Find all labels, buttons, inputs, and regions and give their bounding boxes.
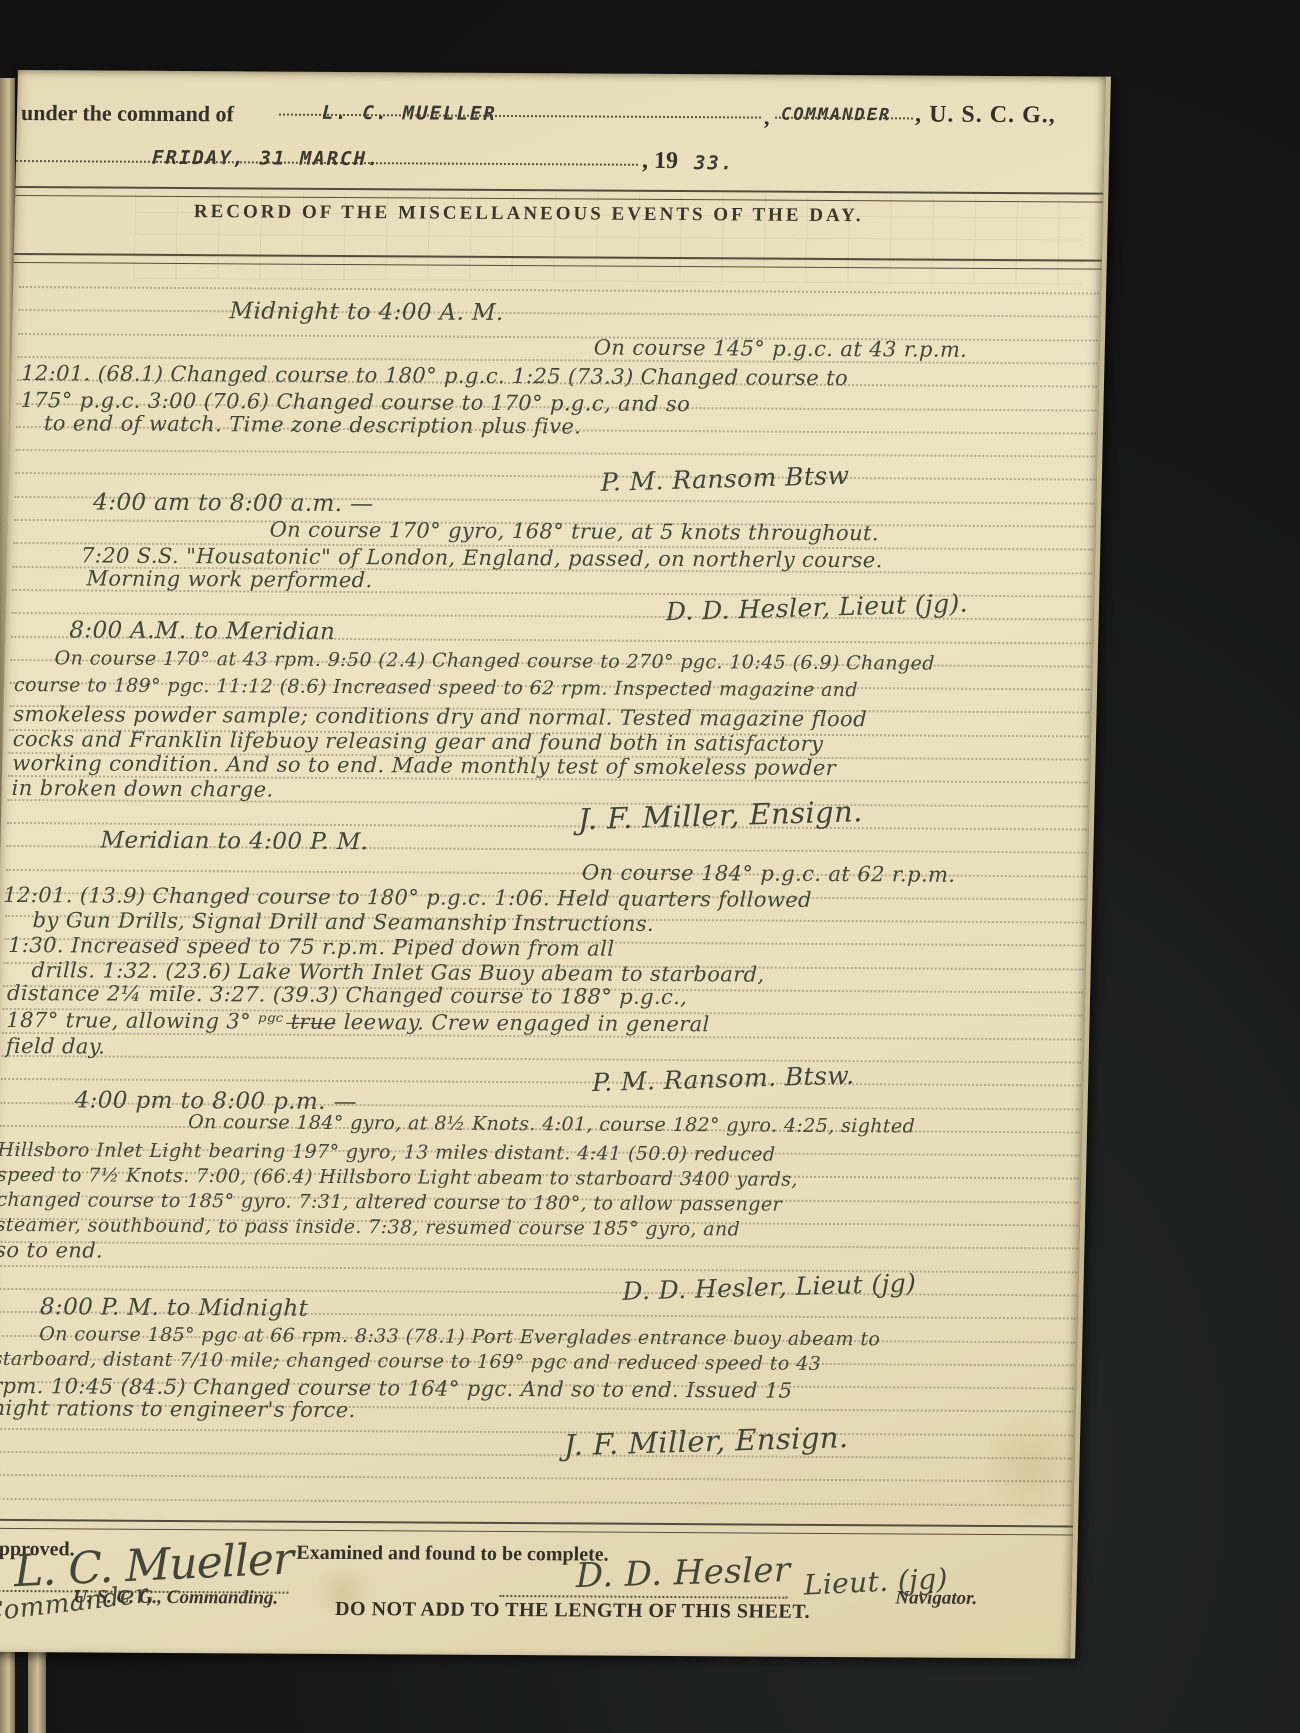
- log-line: On course 145° p.g.c. at 43 r.p.m.: [594, 337, 968, 361]
- watch-signature: J. F. Miller, Ensign.: [564, 1422, 849, 1461]
- log-line: starboard, distant 7/10 mile; changed co…: [0, 1350, 821, 1375]
- watch-heading: Meridian to 4:00 P. M.: [100, 829, 368, 855]
- rank-handwritten: COMMANDER: [781, 107, 892, 126]
- log-line: to end of watch. Time zone description p…: [44, 412, 582, 437]
- navigator-signature: D. D. Hesler: [576, 1553, 791, 1595]
- log-line: 12:01. (68.1) Changed course to 180° p.g…: [21, 362, 848, 389]
- log-line: in broken down charge.: [11, 777, 273, 801]
- examined-text: Examined and found to be complete.: [296, 1542, 609, 1567]
- header-comma: ,: [764, 105, 770, 131]
- watch-heading: 8:00 P. M. to Midnight: [40, 1295, 309, 1321]
- paper-stain: [985, 1406, 1078, 1527]
- log-line: course to 189° pgc. 11:12 (8.6) Increase…: [14, 676, 858, 701]
- log-line: On course 184° gyro, at 8½ Knots. 4:01, …: [188, 1113, 915, 1137]
- header-command-prefix: under the command of: [21, 100, 234, 127]
- watch-heading: 4:00 am to 8:00 a.m. —: [93, 490, 374, 516]
- log-line: working condition. And so to end. Made m…: [12, 752, 836, 779]
- ruled-lines: [18, 70, 1106, 77]
- date-handwritten: FRIDAY, 31 MARCH.: [152, 149, 381, 170]
- log-line: night rations to engineer's force.: [0, 1397, 356, 1421]
- year-handwritten: 33.: [694, 154, 735, 174]
- log-line: Hillsboro Inlet Light bearing 197° gyro,…: [0, 1141, 776, 1166]
- log-line: On course 170° at 43 rpm. 9:50 (2.4) Cha…: [54, 649, 935, 674]
- page-edge-strip-bottom: [28, 1640, 46, 1733]
- log-line: by Gun Drills, Signal Drill and Seamansh…: [32, 909, 654, 935]
- navigator-label: Navigator.: [895, 1587, 977, 1609]
- watch-signature: P. M. Ransom. Btsw.: [592, 1063, 855, 1097]
- commanding-label: U. S. C. G., Commanding.: [73, 1586, 278, 1609]
- page-title: RECORD OF THE MISCELLANEOUS EVENTS OF TH…: [15, 200, 1043, 228]
- log-line: so to end.: [0, 1239, 103, 1262]
- log-line: steamer, southbound, to pass inside. 7:3…: [0, 1216, 740, 1240]
- watch-heading: 8:00 A.M. to Meridian: [69, 618, 336, 644]
- year-printed: , 19: [642, 148, 679, 175]
- log-line: On course 170° gyro, 168° true, at 5 kno…: [269, 519, 879, 545]
- log-line: field day.: [6, 1035, 106, 1058]
- double-rule-footer: [0, 1519, 1073, 1536]
- log-line: 187° true, allowing 3° ᵖᵍᶜ t̶r̶u̶e̶ leew…: [6, 1009, 710, 1035]
- watch-signature: D. D. Hesler, Lieut (jg).: [666, 591, 968, 626]
- watch-heading: Midnight to 4:00 A. M.: [229, 299, 504, 325]
- log-line: On course 185° pgc at 66 rpm. 8:33 (78.1…: [39, 1325, 880, 1350]
- log-line: 12:01. (13.9) Changed course to 180° p.g…: [3, 884, 812, 911]
- log-line: changed course to 185° gyro. 7:31, alter…: [0, 1191, 782, 1216]
- log-page: under the command of L. C. MUELLER , COM…: [0, 70, 1111, 1658]
- log-line: On course 184° p.g.c. at 62 r.p.m.: [582, 861, 956, 885]
- do-not-add-text: DO NOT ADD TO THE LENGTH OF THIS SHEET.: [335, 1598, 811, 1624]
- watch-signature: D. D. Hesler, Lieut (jg): [622, 1270, 916, 1305]
- log-line: 1:30. Increased speed to 75 r.p.m. Piped…: [8, 934, 615, 960]
- double-rule-under-title: [14, 253, 1102, 270]
- log-line: Morning work performed.: [86, 567, 373, 591]
- watch-signature: P. M. Ransom Btsw: [601, 463, 850, 496]
- header-service-suffix: , U. S. C. G.,: [915, 101, 1056, 129]
- log-line: distance 2¼ mile. 3:27. (39.3) Changed c…: [7, 982, 688, 1008]
- log-line: smokeless powder sample; conditions dry …: [13, 703, 867, 730]
- commander-name-handwritten: L. C. MUELLER: [322, 104, 497, 125]
- log-line: speed to 7½ Knots. 7:00, (66.4) Hillsbor…: [0, 1166, 798, 1191]
- watch-signature: J. F. Miller, Ensign.: [578, 796, 863, 835]
